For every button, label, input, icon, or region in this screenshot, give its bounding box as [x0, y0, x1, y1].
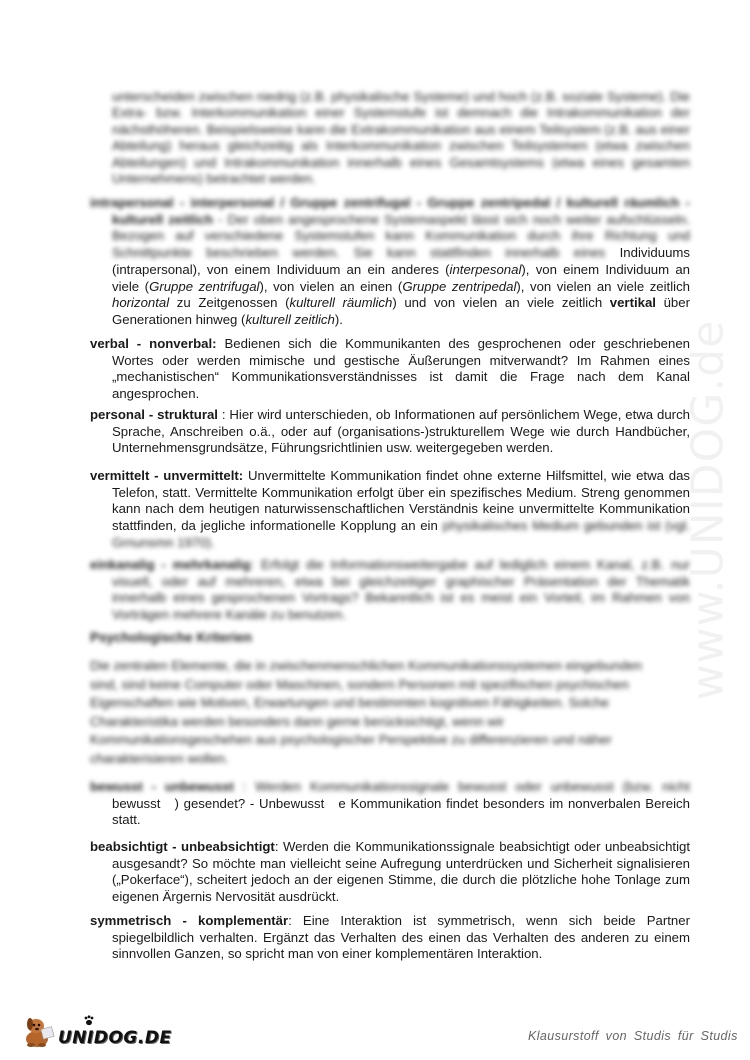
- intro-paragraph: unterscheiden zwischen niedrig (z.B. phy…: [112, 89, 690, 187]
- definition-bewusst: bewusst - unbewusst : Werden Kommunikati…: [90, 779, 690, 829]
- definition-term: bewusst - unbewusst: [90, 779, 234, 794]
- section-heading: Psychologische Kriterien: [90, 630, 252, 645]
- dog-mascot-icon: [22, 1014, 56, 1048]
- definition-symmetrisch: symmetrisch - komplementär: Eine Interak…: [90, 913, 690, 963]
- logo-text: UNIDOG.DE: [58, 1028, 172, 1048]
- document-page: www.UNIDOG.de unterscheiden zwischen nie…: [0, 0, 750, 1060]
- definition-einkanalig: einkanalig - mehrkanalig: Erfolgt die In…: [90, 557, 690, 624]
- definition-term: vermittelt - unvermittelt:: [90, 468, 243, 483]
- definition-vermittelt: vermittelt - unvermittelt: Unvermittelte…: [90, 468, 690, 552]
- definition-term: beabsichtigt - unbeabsichtigt: [90, 839, 275, 854]
- definition-term: verbal - nonverbal:: [90, 336, 217, 351]
- unidog-logo[interactable]: UNIDOG.DE: [20, 1012, 155, 1052]
- footer-tagline: Klausurstoff von Studis für Studis: [528, 1029, 738, 1043]
- definition-beabsichtigt: beabsichtigt - unbeabsichtigt: Werden di…: [90, 839, 690, 906]
- watermark: www.UNIDOG.de: [688, 280, 728, 740]
- definition-verbal: verbal - nonverbal: Bedienen sich die Ko…: [90, 336, 690, 403]
- definition-intrapersonal: intrapersonal - interpersonal / Gruppe z…: [90, 195, 690, 329]
- definition-term: symmetrisch - komplementär: [90, 913, 288, 928]
- paw-icon: [83, 1015, 95, 1027]
- definition-personal: personal - struktural : Hier wird unters…: [90, 407, 690, 457]
- definition-term: personal - struktural: [90, 407, 218, 422]
- definition-term: einkanalig - mehrkanalig: [90, 557, 250, 572]
- section-paragraph: Die zentralen Elemente, die in zwischenm…: [90, 657, 650, 768]
